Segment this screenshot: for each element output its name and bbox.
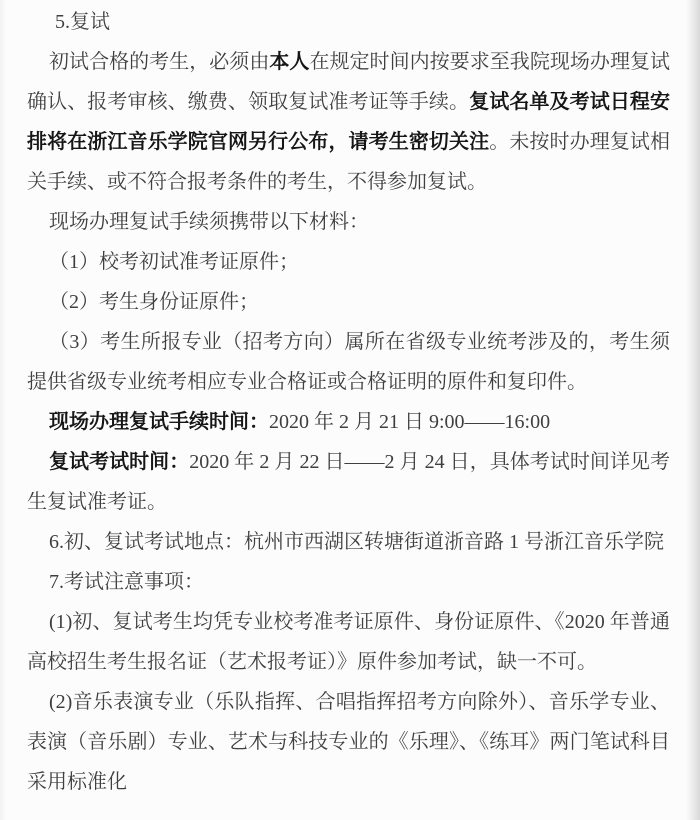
onsite-time-line: 现场办理复试手续时间：2020 年 2 月 21 日 9:00——16:00 [27,402,670,442]
material-item-1: （1）校考初试准考证原件； [27,242,670,282]
section-6-line: 6.初、复试考试地点：杭州市西湖区转塘街道浙音路 1 号浙江音乐学院 [27,522,670,562]
section-7-heading: 7.考试注意事项： [27,562,670,602]
intro-run-1: 初试合格的考生，必须由 [49,51,269,73]
note-item-2: (2)音乐表演专业（乐队指挥、合唱指挥招考方向除外）、音乐学专业、表演（音乐剧）… [27,682,670,802]
exam-time-label: 复试考试时间： [49,451,189,473]
document-content: 5.复试 初试合格的考生，必须由本人在规定时间内按要求至我院现场办理复试确认、报… [0,0,700,802]
section-5-heading: 5.复试 [27,2,670,42]
material-item-3: （3）考生所报专业（招考方向）属所在省级专业统考涉及的，考生须提供省级专业统考相… [27,322,670,402]
note-item-1: (1)初、复试考生均凭专业校考准考证原件、身份证原件、《2020 年普通高校招生… [27,602,670,682]
material-item-2: （2）考生身份证原件； [27,282,670,322]
materials-intro-paragraph: 现场办理复试手续须携带以下材料： [27,202,670,242]
exam-time-line: 复试考试时间：2020 年 2 月 22 日——2 月 24 日，具体考试时间详… [27,442,670,522]
intro-run-2-bold: 本人 [269,51,309,73]
onsite-time-label: 现场办理复试手续时间： [49,411,269,433]
intro-paragraph: 初试合格的考生，必须由本人在规定时间内按要求至我院现场办理复试确认、报考审核、缴… [27,42,670,202]
onsite-time-value: 2020 年 2 月 21 日 9:00——16:00 [269,411,550,433]
document-page: 5.复试 初试合格的考生，必须由本人在规定时间内按要求至我院现场办理复试确认、报… [0,0,700,820]
